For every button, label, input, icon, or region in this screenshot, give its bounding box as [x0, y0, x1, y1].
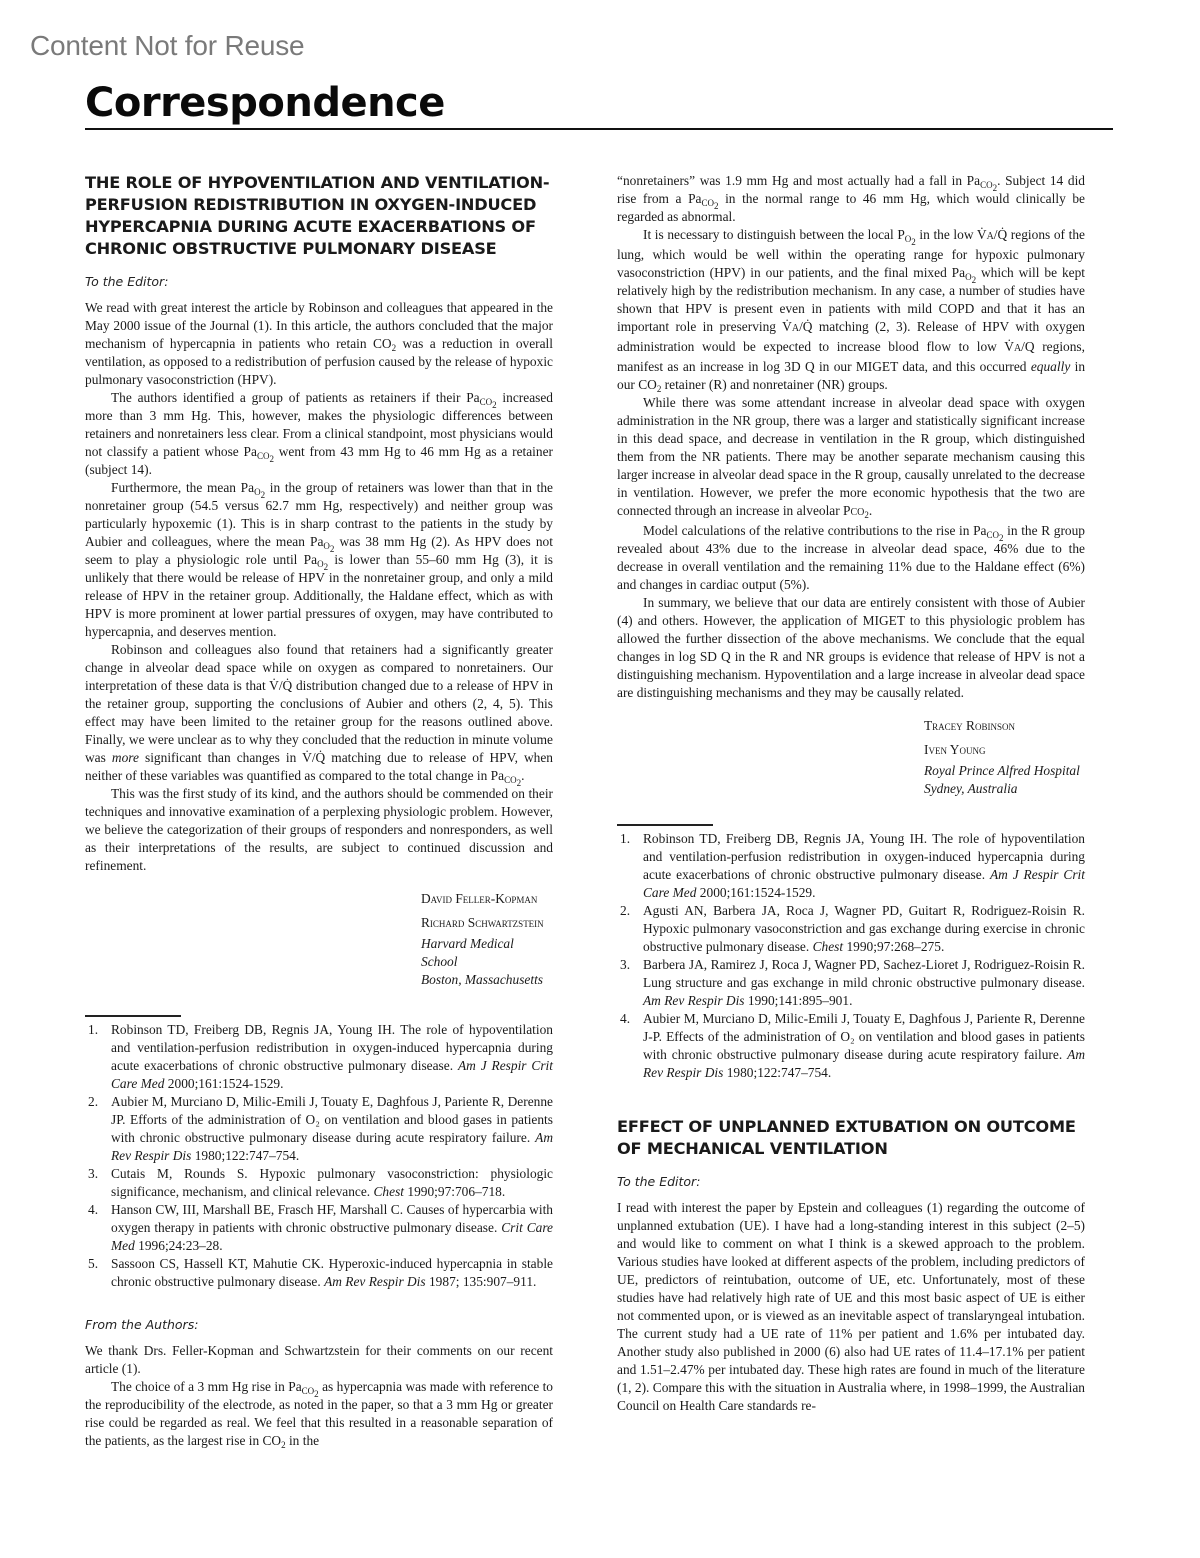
letter-signature: David Feller-Kopman Richard Schwartzstei…: [421, 887, 553, 989]
reply-paragraph-1: We thank Drs. Feller-Kopman and Schwartz…: [85, 1342, 553, 1378]
letter-paragraph-1: We read with great interest the article …: [85, 299, 553, 389]
watermark: Content Not for Reuse: [30, 30, 304, 62]
reference-item: 2.Aubier M, Murciano D, Milic-Emili J, T…: [85, 1093, 553, 1165]
reference-item: 5.Sassoon CS, Hassell KT, Mahutie CK. Hy…: [85, 1255, 553, 1291]
author-affiliation: Royal Prince Alfred Hospital: [924, 762, 1085, 780]
reference-item: 3.Barbera JA, Ramirez J, Roca J, Wagner …: [617, 956, 1085, 1010]
letter-salutation: To the Editor:: [85, 274, 553, 289]
author-name: Richard Schwartzstein: [421, 911, 553, 935]
letter-paragraph-2: The authors identified a group of patien…: [85, 389, 553, 479]
reply-salutation: From the Authors:: [85, 1317, 553, 1332]
author-affiliation: Harvard Medical School: [421, 935, 553, 971]
letter-paragraph-3: Furthermore, the mean PaO2 in the group …: [85, 479, 553, 641]
left-column: THE ROLE OF HYPOVENTILATION AND VENTILAT…: [85, 172, 553, 1450]
reference-item: 4.Aubier M, Murciano D, Milic-Emili J, T…: [617, 1010, 1085, 1082]
section-title-rule: [85, 128, 1113, 130]
author-location: Sydney, Australia: [924, 780, 1085, 798]
references-divider: [85, 1015, 181, 1017]
reply-paragraph-2-start: The choice of a 3 mm Hg rise in PaCO2 as…: [85, 1378, 553, 1450]
reference-item: 4.Hanson CW, III, Marshall BE, Frasch HF…: [85, 1201, 553, 1255]
author-name: Iven Young: [924, 738, 1085, 762]
letter-paragraph-5: This was the first study of its kind, an…: [85, 785, 553, 875]
author-location: Boston, Massachusetts: [421, 971, 553, 989]
author-name: David Feller-Kopman: [421, 887, 553, 911]
references-divider: [617, 824, 713, 826]
article-2-salutation: To the Editor:: [617, 1174, 1085, 1189]
letter-references: 1.Robinson TD, Freiberg DB, Regnis JA, Y…: [85, 1021, 553, 1291]
article-1-title: THE ROLE OF HYPOVENTILATION AND VENTILAT…: [85, 172, 553, 260]
author-name: Tracey Robinson: [924, 714, 1085, 738]
reference-item: 3.Cutais M, Rounds S. Hypoxic pulmonary …: [85, 1165, 553, 1201]
letter-paragraph-4: Robinson and colleagues also found that …: [85, 641, 553, 785]
right-column: “nonretainers” was 1.9 mm Hg and most ac…: [617, 172, 1085, 1415]
reply-paragraph-4: While there was some attendant increase …: [617, 394, 1085, 522]
reply-paragraph-2-cont: “nonretainers” was 1.9 mm Hg and most ac…: [617, 172, 1085, 226]
reply-references: 1.Robinson TD, Freiberg DB, Regnis JA, Y…: [617, 830, 1085, 1082]
reference-item: 1.Robinson TD, Freiberg DB, Regnis JA, Y…: [85, 1021, 553, 1093]
reply-paragraph-5: Model calculations of the relative contr…: [617, 522, 1085, 594]
reference-item: 2.Agusti AN, Barbera JA, Roca J, Wagner …: [617, 902, 1085, 956]
reply-paragraph-6: In summary, we believe that our data are…: [617, 594, 1085, 702]
article-2-title: EFFECT OF UNPLANNED EXTUBATION ON OUTCOM…: [617, 1116, 1085, 1160]
reply-signature: Tracey Robinson Iven Young Royal Prince …: [924, 714, 1085, 798]
section-title: Correspondence: [85, 80, 445, 126]
reply-paragraph-3: It is necessary to distinguish between t…: [617, 226, 1085, 394]
article-2-paragraph-1: I read with interest the paper by Epstei…: [617, 1199, 1085, 1415]
reference-item: 1.Robinson TD, Freiberg DB, Regnis JA, Y…: [617, 830, 1085, 902]
